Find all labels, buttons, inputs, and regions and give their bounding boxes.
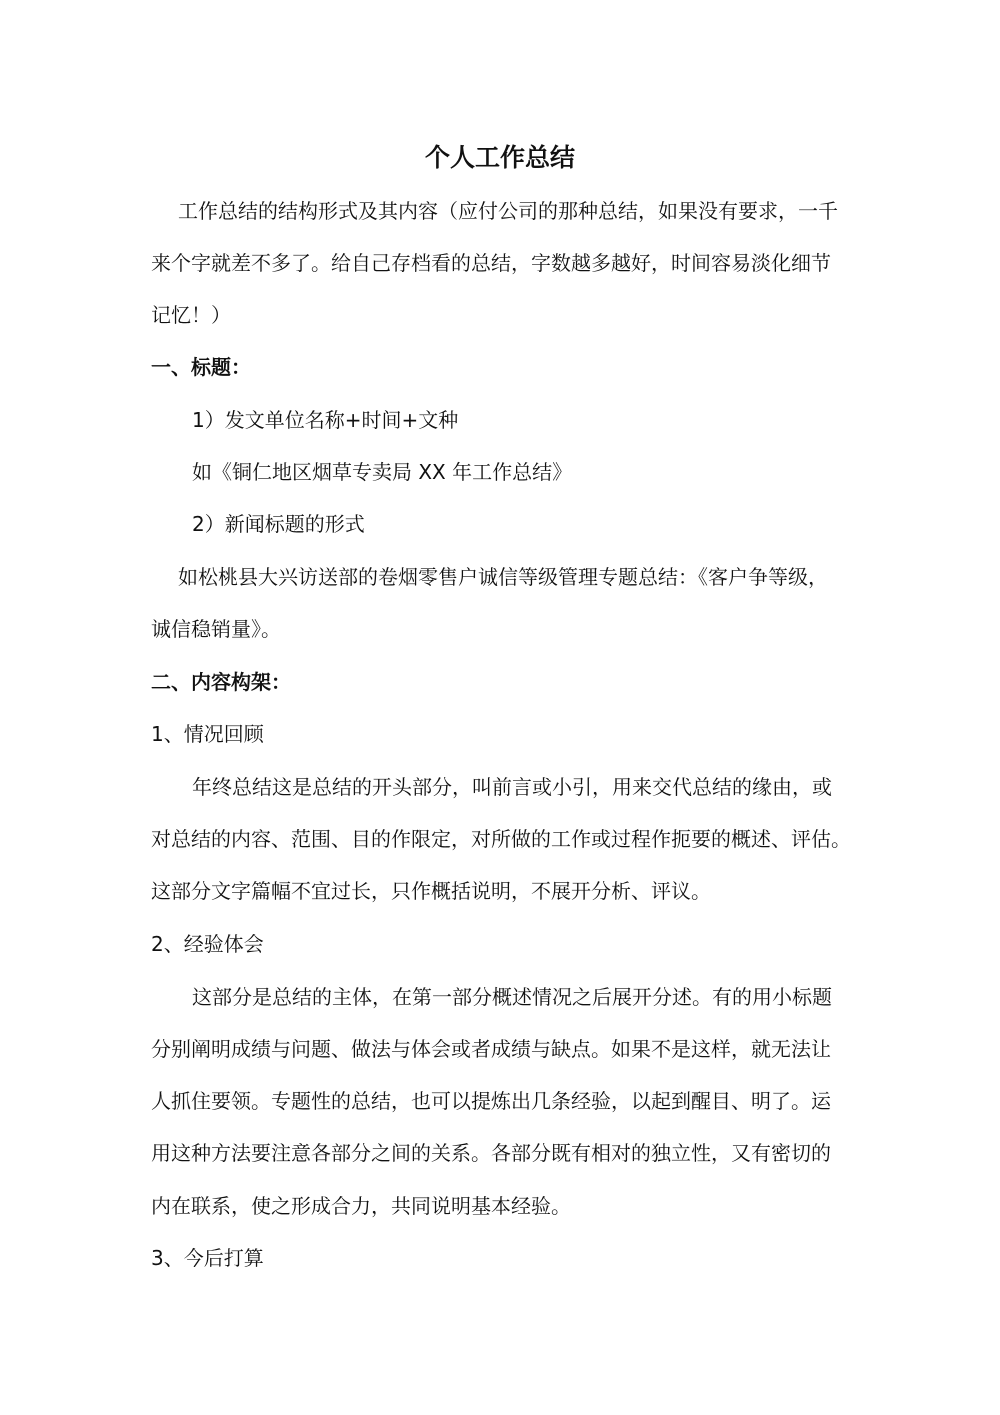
sub1-body-line-2: 对总结的内容、范围、目的作限定，对所做的工作或过程作扼要的概述、评估。	[151, 825, 871, 853]
section1-item1-example: 如《铜仁地区烟草专卖局 XX 年工作总结》	[192, 458, 912, 486]
sub2-body-line-3: 人抓住要领。专题性的总结，也可以提炼出几条经验，以起到醒目、明了。运	[151, 1087, 871, 1115]
intro-line-3: 记忆！）	[151, 301, 871, 329]
intro-line-2: 来个字就差不多了。给自己存档看的总结，字数越多越好，时间容易淡化细节	[151, 249, 871, 277]
section2-heading: 二、内容构架：	[151, 668, 871, 696]
section1-item2-example-line-2: 诚信稳销量》。	[151, 615, 871, 643]
intro-line-1: 工作总结的结构形式及其内容（应付公司的那种总结，如果没有要求，一千	[178, 197, 898, 225]
section1-heading: 一、标题：	[151, 353, 871, 381]
sub1-body-line-1: 年终总结这是总结的开头部分，叫前言或小引，用来交代总结的缘由，或	[192, 773, 912, 801]
sub1-body-line-3: 这部分文字篇幅不宜过长，只作概括说明，不展开分析、评议。	[151, 877, 871, 905]
section1-item2-example-line-1: 如松桃县大兴访送部的卷烟零售户诚信等级管理专题总结：《客户争等级，	[178, 563, 898, 591]
sub2-body-line-4: 用这种方法要注意各部分之间的关系。各部分既有相对的独立性，又有密切的	[151, 1139, 871, 1167]
sub2-body-line-5: 内在联系，使之形成合力，共同说明基本经验。	[151, 1192, 871, 1220]
sub2-body-line-2: 分别阐明成绩与问题、做法与体会或者成绩与缺点。如果不是这样，就无法让	[151, 1035, 871, 1063]
sub3-heading: 3、今后打算	[151, 1244, 871, 1272]
section1-item2: 2）新闻标题的形式	[192, 510, 912, 538]
document-page: 个人工作总结 工作总结的结构形式及其内容（应付公司的那种总结，如果没有要求，一千…	[0, 0, 1000, 1415]
section1-item1: 1）发文单位名称+时间+文种	[192, 406, 912, 434]
sub1-heading: 1、情况回顾	[151, 720, 871, 748]
sub2-body-line-1: 这部分是总结的主体，在第一部分概述情况之后展开分述。有的用小标题	[192, 983, 912, 1011]
document-title: 个人工作总结	[0, 141, 1000, 175]
sub2-heading: 2、经验体会	[151, 930, 871, 958]
